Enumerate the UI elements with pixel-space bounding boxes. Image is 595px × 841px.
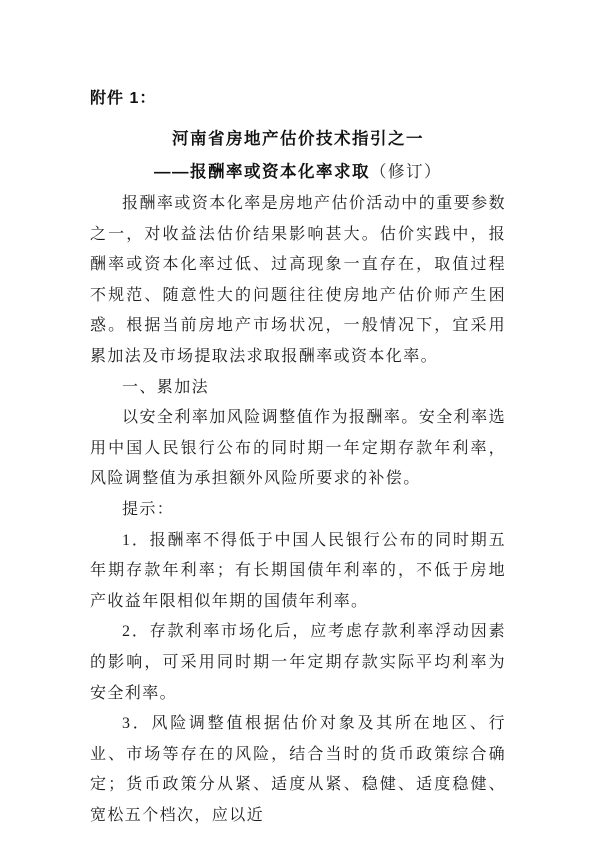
- attachment-label: 附件 1：: [90, 88, 506, 110]
- tip-3: 3．风险调整值根据估价对象及其所在地区、行业、市场等存在的风险，结合当时的货币政…: [90, 709, 506, 831]
- document-page: 附件 1： 河南省房地产估价技术指引之一 ——报酬率或资本化率求取（修订） 报酬…: [0, 0, 595, 841]
- tip-1: 1．报酬率不得低于中国人民银行公布的同时期五年期存款年利率；有长期国债年利率的，…: [90, 526, 506, 618]
- tip-2: 2．存款利率市场化后，应考虑存款利率浮动因素的影响，可采用同时期一年定期存款实际…: [90, 617, 506, 709]
- paragraph-method-accumulation: 以安全利率加风险调整值作为报酬率。安全利率选用中国人民银行公布的同时期一年定期存…: [90, 403, 506, 495]
- document-subtitle-main: ——报酬率或资本化率求取: [154, 163, 370, 181]
- document-body: 报酬率或资本化率是房地产估价活动中的重要参数之一，对收益法估价结果影响甚大。估价…: [90, 189, 506, 831]
- document-title: 河南省房地产估价技术指引之一: [90, 128, 506, 150]
- label-tips: 提示：: [90, 495, 506, 526]
- revision-note: （修订）: [370, 162, 442, 181]
- document-content: 附件 1： 河南省房地产估价技术指引之一 ——报酬率或资本化率求取（修订） 报酬…: [90, 88, 506, 831]
- document-subtitle: ——报酬率或资本化率求取（修订）: [90, 161, 506, 183]
- heading-method-accumulation: 一、累加法: [90, 373, 506, 404]
- paragraph-intro: 报酬率或资本化率是房地产估价活动中的重要参数之一，对收益法估价结果影响甚大。估价…: [90, 189, 506, 373]
